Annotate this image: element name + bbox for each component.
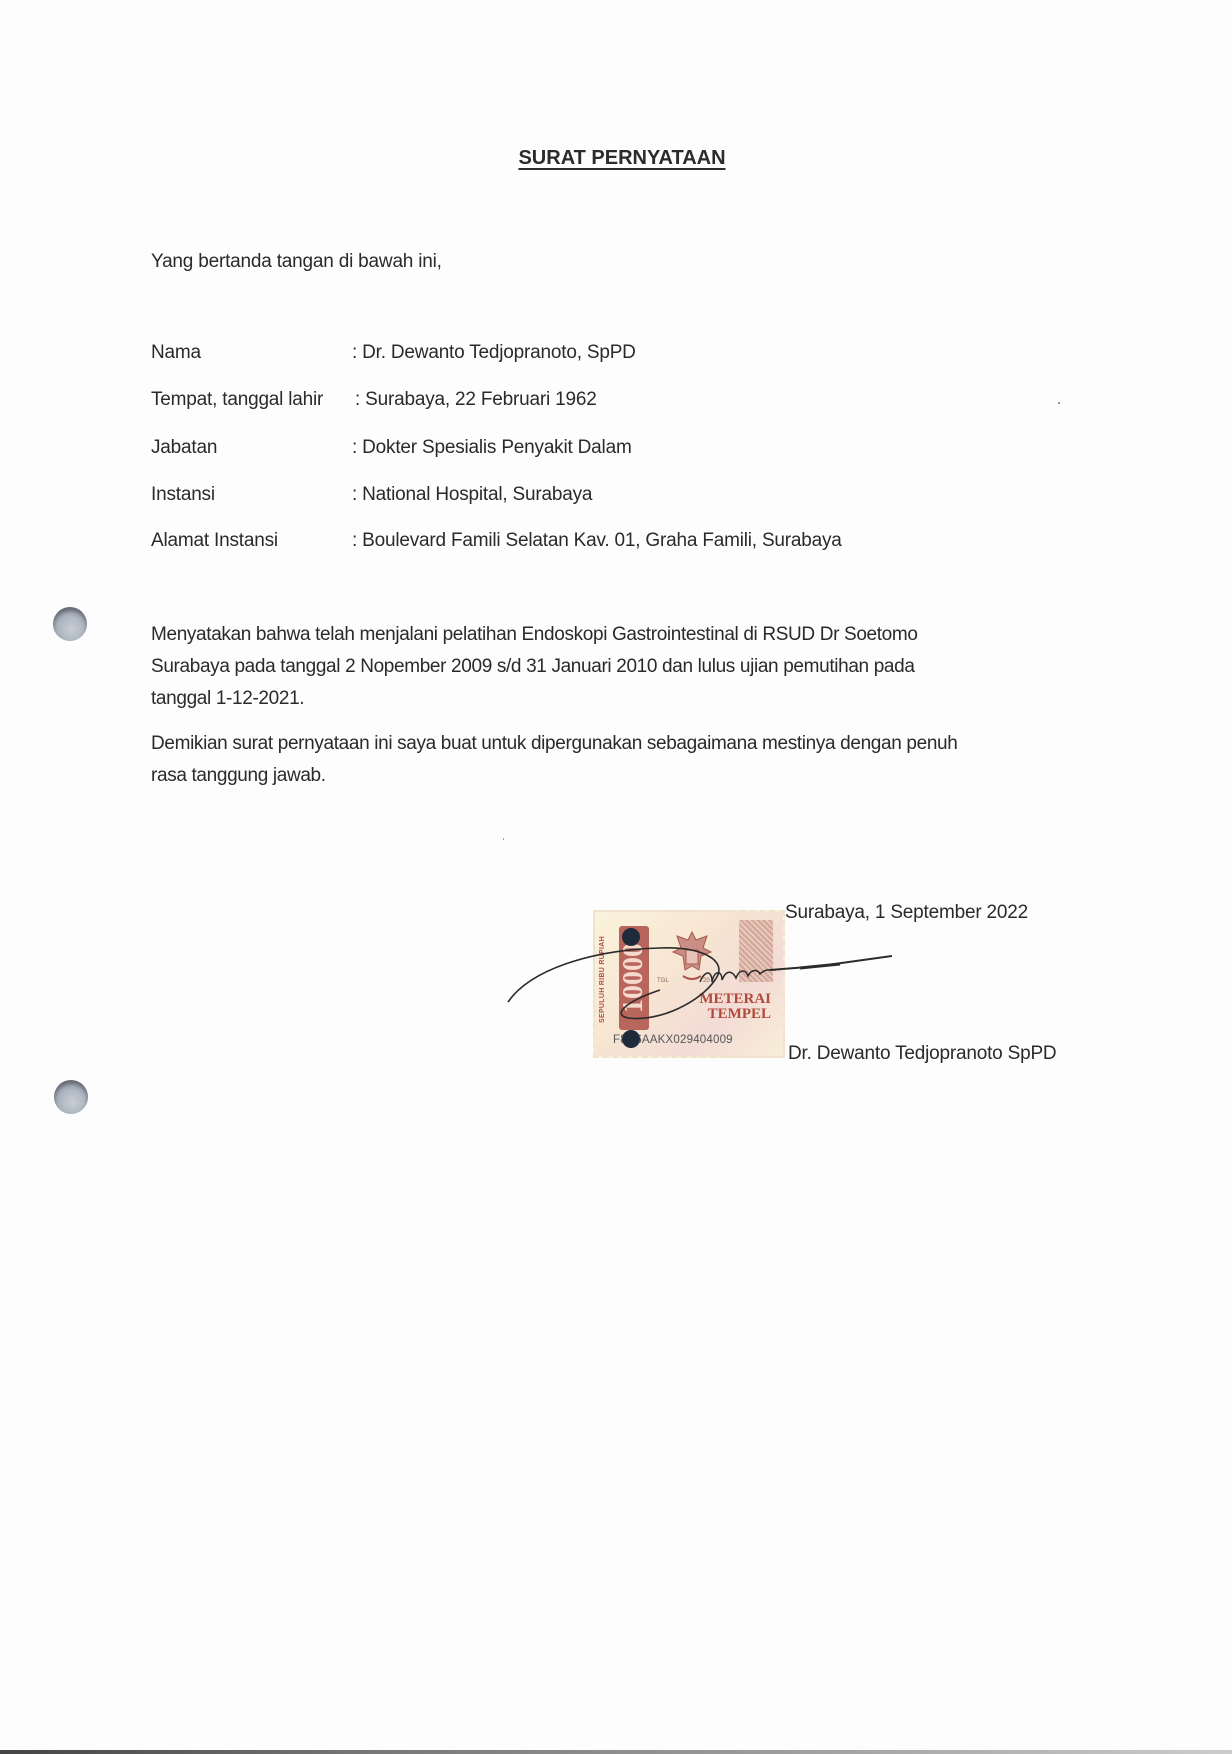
closing-line: rasa tanggung jawab. (151, 760, 957, 792)
field-value: : National Hospital, Surabaya (352, 484, 592, 506)
document-title: SURAT PERNYATAAN (512, 147, 732, 170)
signatory-name: Dr. Dewanto Tedjopranoto SpPD (788, 1043, 1056, 1065)
closing-line: Demikian surat pernyataan ini saya buat … (151, 728, 957, 760)
scan-speck (503, 838, 504, 840)
statement-line: Menyatakan bahwa telah menjalani pelatih… (151, 619, 918, 651)
field-label: Instansi (151, 484, 215, 506)
field-value: : Surabaya, 22 Februari 1962 (355, 389, 597, 411)
statement-paragraph: Menyatakan bahwa telah menjalani pelatih… (151, 619, 918, 715)
scanned-letter-page: SURAT PERNYATAAN Yang bertanda tangan di… (0, 0, 1232, 1754)
place-date: Surabaya, 1 September 2022 (785, 902, 1028, 924)
punch-hole-icon (54, 1080, 88, 1114)
punch-hole-icon (53, 607, 87, 641)
signature-icon (500, 940, 1000, 1040)
statement-line: tanggal 1-12-2021. (151, 683, 918, 715)
field-label: Nama (151, 342, 201, 364)
scan-bottom-edge (0, 1750, 1232, 1754)
field-label: Jabatan (151, 437, 217, 459)
field-value: : Dr. Dewanto Tedjopranoto, SpPD (352, 342, 636, 364)
field-value: : Dokter Spesialis Penyakit Dalam (352, 437, 632, 459)
field-label: Alamat Instansi (151, 530, 278, 552)
closing-paragraph: Demikian surat pernyataan ini saya buat … (151, 728, 957, 792)
field-value: : Boulevard Famili Selatan Kav. 01, Grah… (352, 530, 842, 552)
intro-text: Yang bertanda tangan di bawah ini, (151, 251, 442, 273)
statement-line: Surabaya pada tanggal 2 Nopember 2009 s/… (151, 651, 918, 683)
field-label: Tempat, tanggal lahir (151, 389, 323, 411)
scan-speck (1058, 402, 1060, 404)
